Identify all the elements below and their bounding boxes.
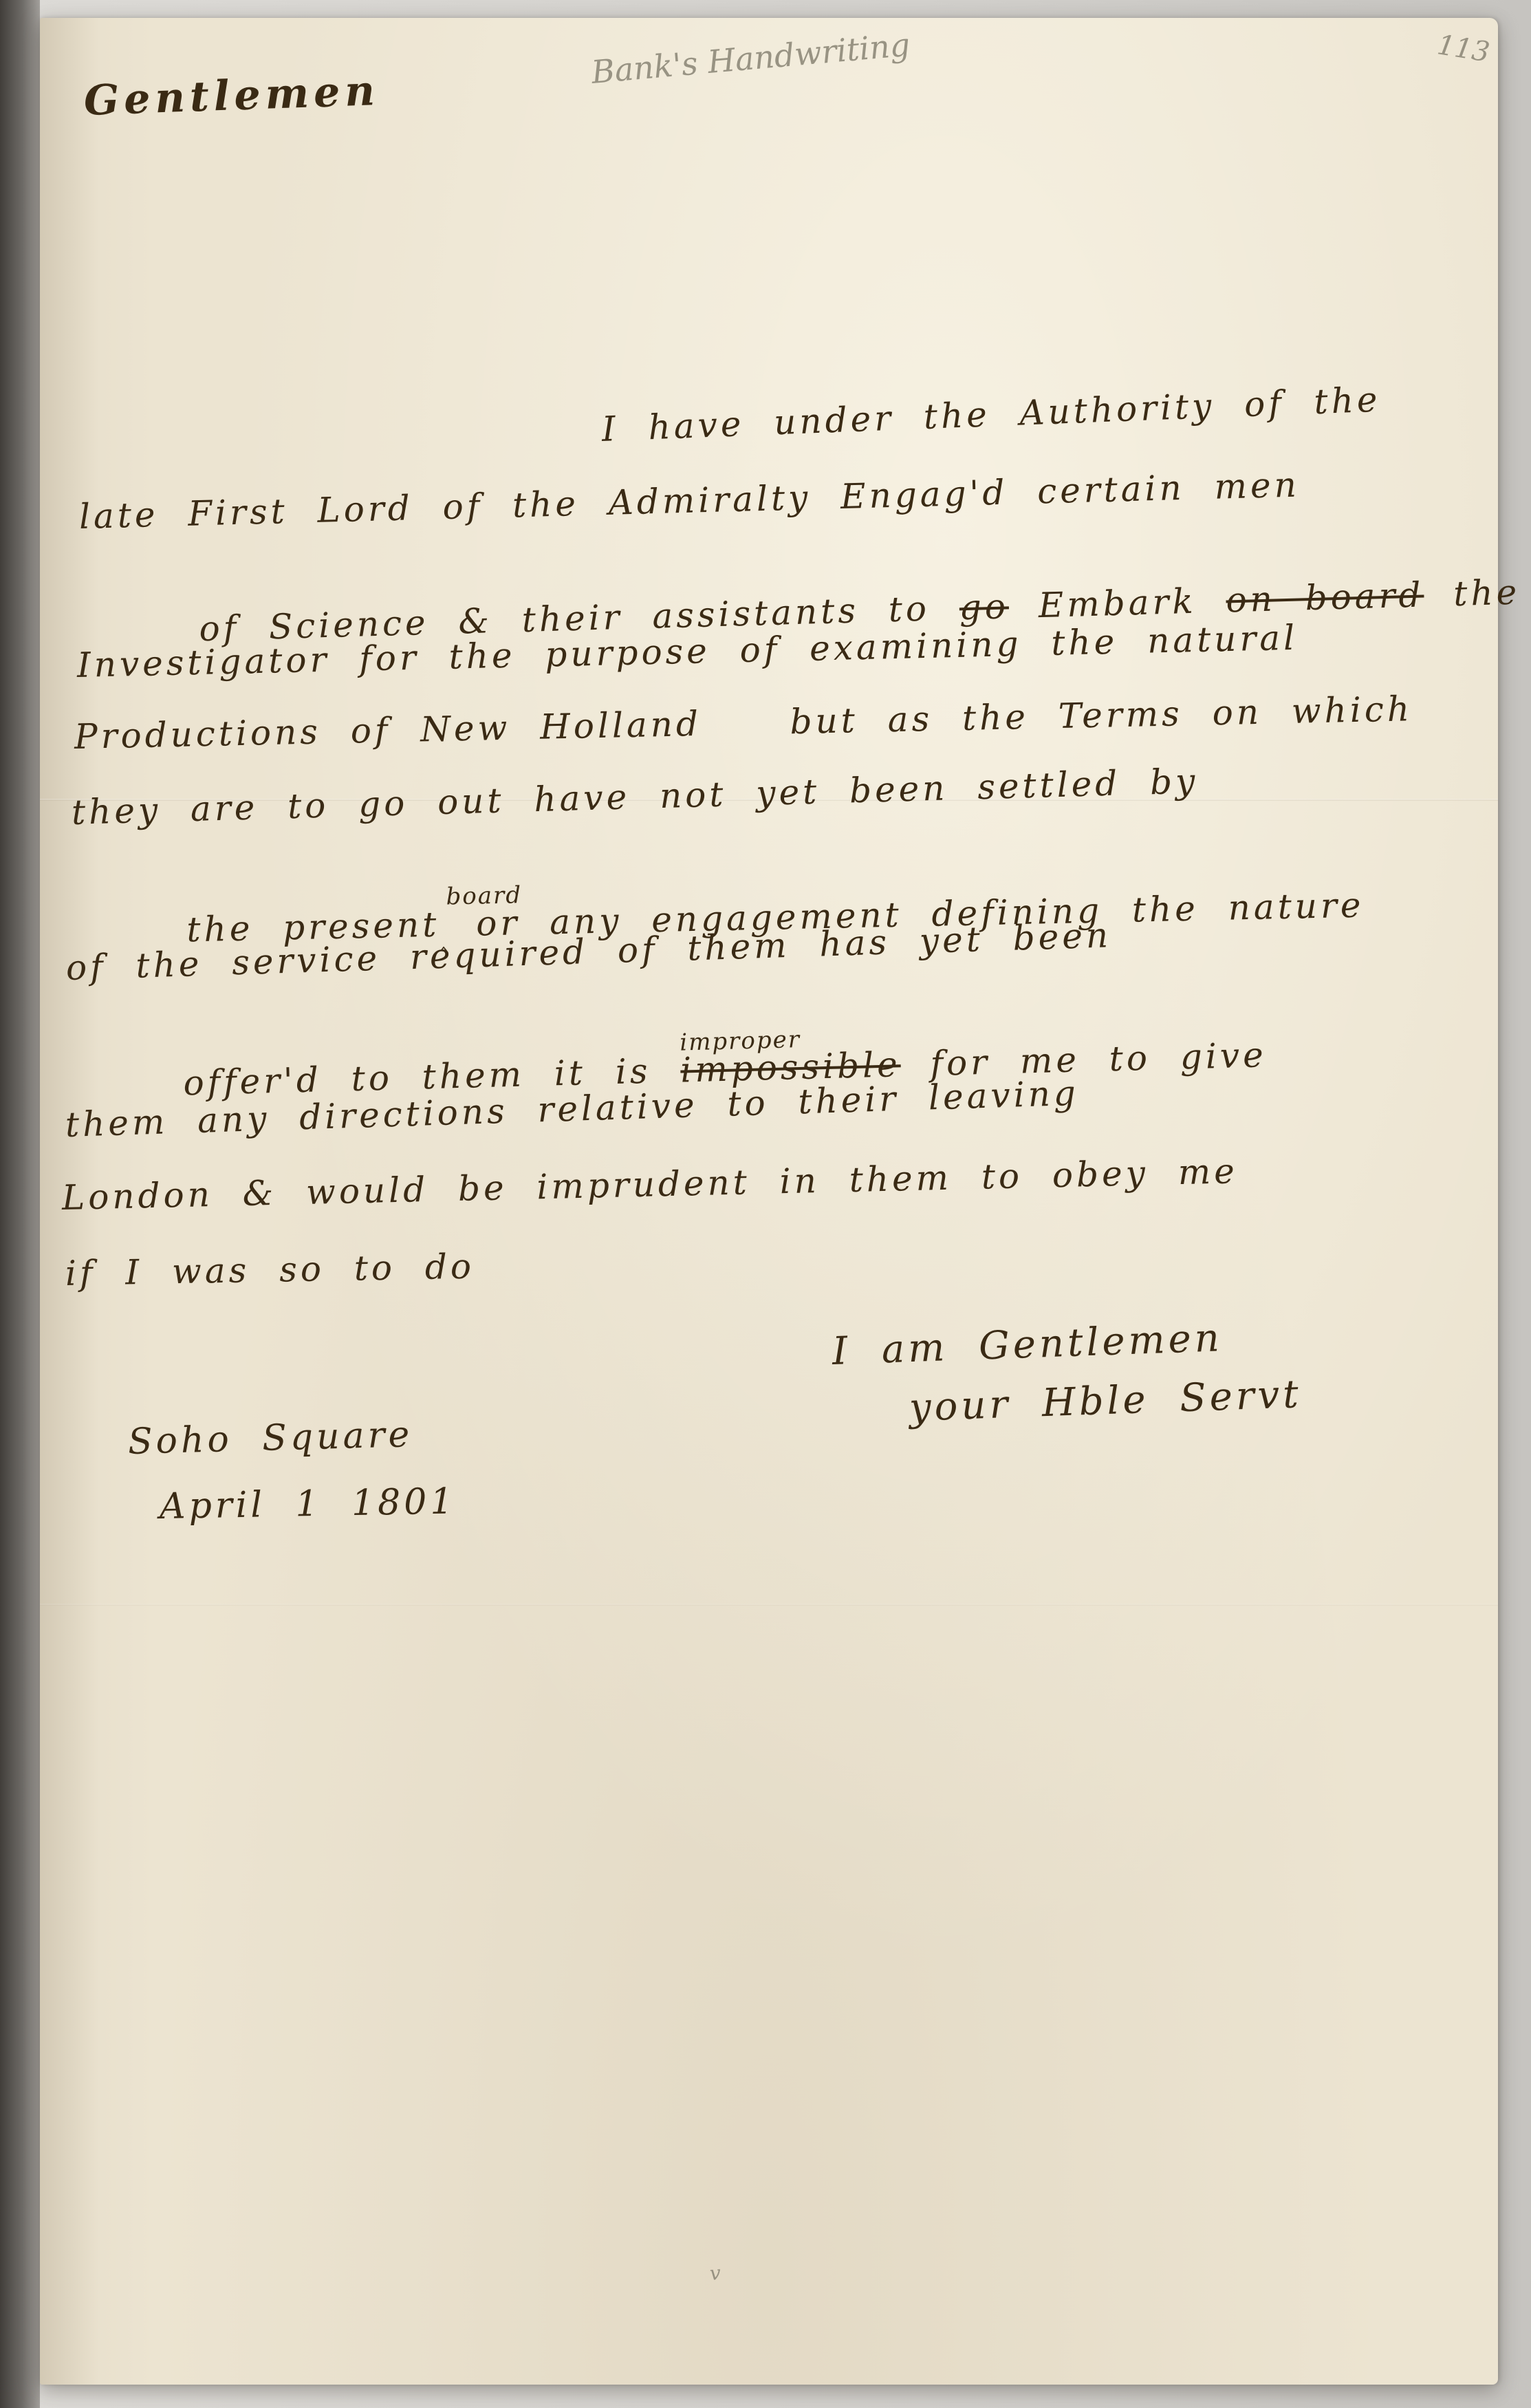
binding-gutter-shadow [0, 0, 40, 2408]
body-line-3-text-3: the [1424, 572, 1521, 615]
place-line: Soho Square [127, 1414, 413, 1463]
pencil-checkmark: v [709, 2261, 721, 2285]
photograph-of-letter: Bank's Handwriting 113 v Gentlemen I hav… [0, 0, 1531, 2408]
struck-word-on-board: on board [1226, 574, 1425, 620]
paper-crease [40, 1604, 1498, 1606]
salutation: Gentlemen [83, 67, 380, 125]
date-line: April 1 1801 [159, 1481, 456, 1527]
inserted-word-board: board [446, 883, 446, 911]
body-line-12: if I was so to do [65, 1247, 475, 1293]
struck-word-go: go [959, 586, 1010, 627]
